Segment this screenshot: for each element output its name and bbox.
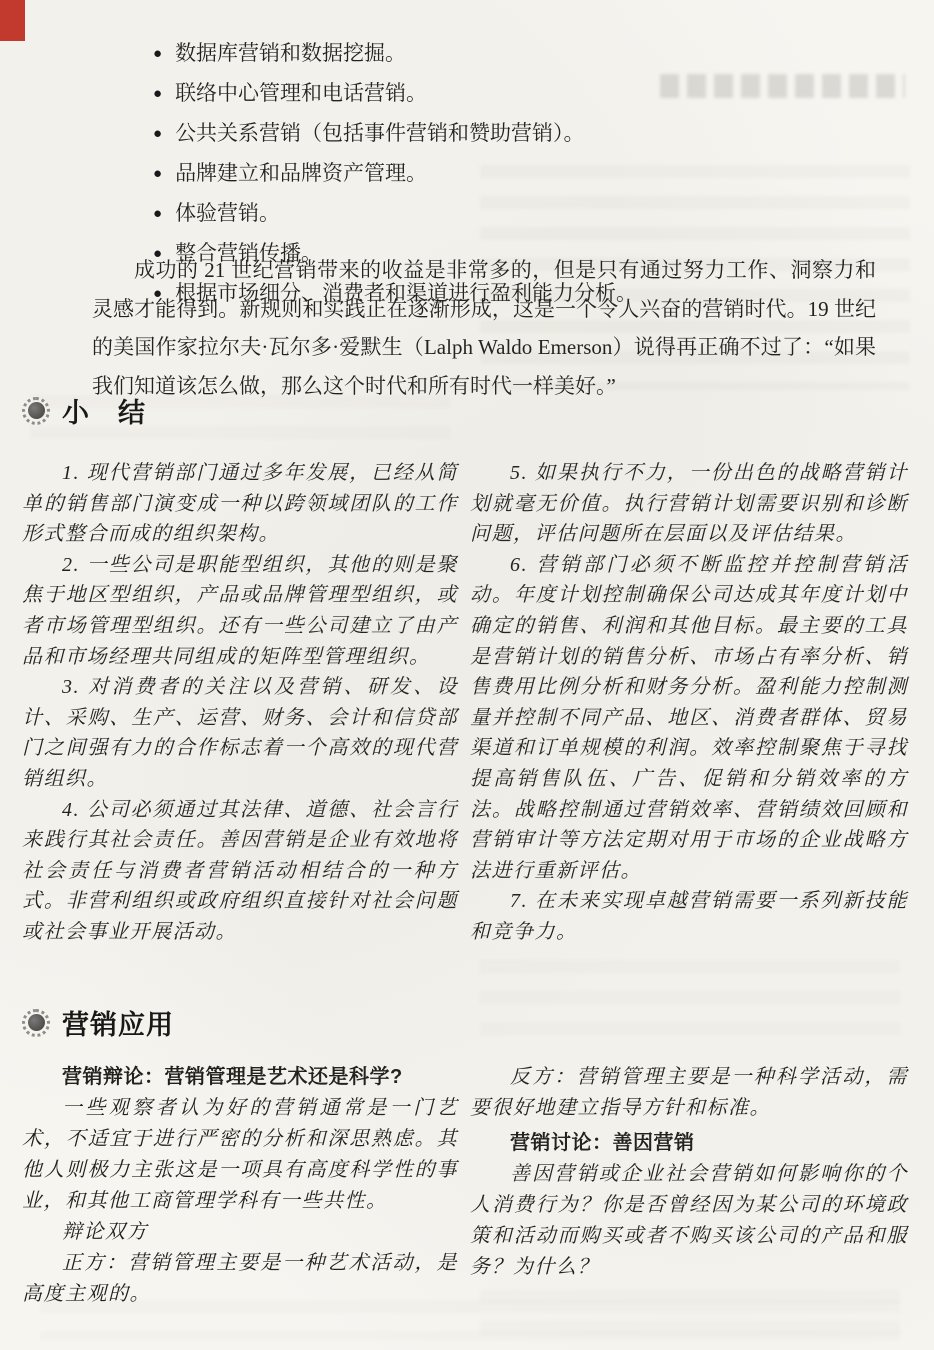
list-item: ●公共关系营销（包括事件营销和赞助营销）。 [153,114,893,154]
debate-sides-label: 辩论双方 [22,1217,458,1248]
list-item: ●体验营销。 [153,194,893,234]
summary-right-column: 5. 如果执行不力，一份出色的战略营销计划就毫无价值。执行营销计划需要识别和诊断… [470,458,908,948]
list-item: ●数据库营销和数据挖掘。 [153,34,893,74]
bullseye-core-icon [28,402,45,419]
summary-paragraph-7: 7. 在未来实现卓越营销需要一系列新技能和竞争力。 [470,886,908,947]
summary-section-header: 小 结 [22,391,146,430]
bullseye-icon [22,1009,50,1037]
bleed-through-artifact [480,1290,900,1345]
summary-paragraph-1: 1. 现代营销部门通过多年发展，已经从简单的销售部门演变成一种以跨领域团队的工作… [22,458,458,550]
list-item: ●品牌建立和品牌资产管理。 [153,154,893,194]
intro-paragraph: 成功的 21 世纪营销带来的收益是非常多的，但是只有通过努力工作、洞察力和灵感才… [92,251,876,405]
summary-left-column: 1. 现代营销部门通过多年发展，已经从简单的销售部门演变成一种以跨领域团队的工作… [22,458,458,948]
bleed-through-artifact [480,960,900,1050]
summary-paragraph-6: 6. 营销部门必须不断监控并控制营销活动。年度计划控制确保公司达成其年度计划中确… [470,550,908,887]
debate-heading: 营销辩论：营销管理是艺术还是科学? [22,1062,458,1093]
bullseye-core-icon [28,1014,45,1031]
discussion-heading: 营销讨论：善因营销 [470,1128,908,1159]
debate-pro-paragraph: 正方：营销管理主要是一种艺术活动，是高度主观的。 [22,1248,458,1310]
summary-paragraph-2: 2. 一些公司是职能型组织，其他的则是聚焦于地区型组织，产品或品牌管理型组织，或… [22,550,458,672]
list-item-text: 公共关系营销（包括事件营销和赞助营销）。 [175,121,585,145]
summary-paragraph-5: 5. 如果执行不力，一份出色的战略营销计划就毫无价值。执行营销计划需要识别和诊断… [470,458,908,550]
debate-intro-paragraph: 一些观察者认为好的营销通常是一门艺术，不适宜于进行严密的分析和深思熟虑。其他人则… [22,1093,458,1217]
application-section-title: 营销应用 [62,1003,174,1042]
list-item: ●联络中心管理和电话营销。 [153,74,893,114]
summary-section-title: 小 结 [62,391,146,430]
summary-paragraph-4: 4. 公司必须通过其法律、道德、社会言行来践行其社会责任。善因营销是企业有效地将… [22,795,458,948]
application-section-header: 营销应用 [22,1003,174,1042]
list-item-text: 数据库营销和数据挖掘。 [175,41,406,65]
bullseye-icon [22,397,50,425]
page-corner-red-mark [0,0,25,41]
list-item-text: 联络中心管理和电话营销。 [175,81,427,105]
application-left-column: 营销辩论：营销管理是艺术还是科学? 一些观察者认为好的营销通常是一门艺术，不适宜… [22,1062,458,1310]
list-item-text: 体验营销。 [175,201,280,225]
bullet-icon: ● [153,35,162,74]
bullet-icon: ● [153,155,162,194]
list-item-text: 品牌建立和品牌资产管理。 [175,161,427,185]
summary-paragraph-3: 3. 对消费者的关注以及营销、研发、设计、采购、生产、运营、财务、会计和信贷部门… [22,672,458,794]
scanned-textbook-page: ●数据库营销和数据挖掘。 ●联络中心管理和电话营销。 ●公共关系营销（包括事件营… [0,0,934,1350]
discussion-body-paragraph: 善因营销或企业社会营销如何影响你的个人消费行为？你是否曾经因为某公司的环境政策和… [470,1159,908,1283]
bullet-icon: ● [153,115,162,154]
application-right-column: 反方：营销管理主要是一种科学活动，需要很好地建立指导方针和标准。 营销讨论：善因… [470,1062,908,1283]
debate-con-paragraph: 反方：营销管理主要是一种科学活动，需要很好地建立指导方针和标准。 [470,1062,908,1124]
bullet-icon: ● [153,195,162,234]
bullet-icon: ● [153,75,162,114]
